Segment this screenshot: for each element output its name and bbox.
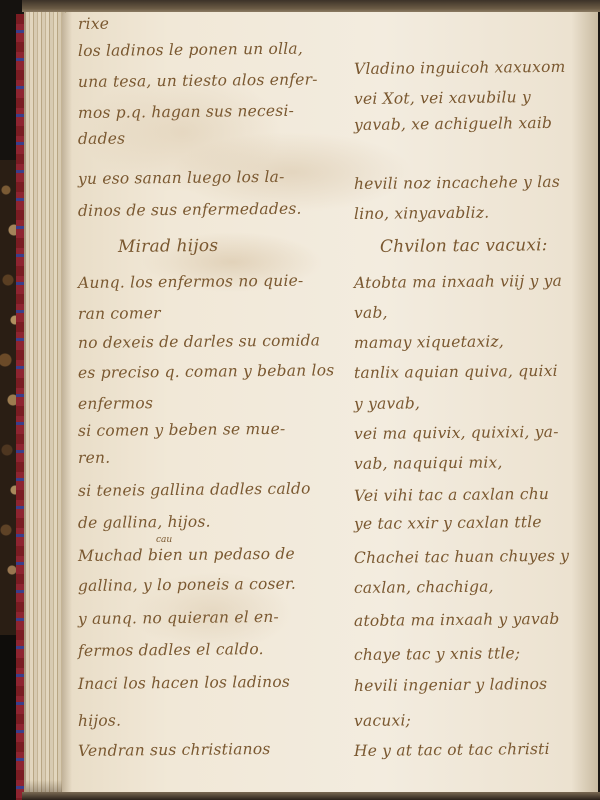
left-line-2: los ladinos le ponen un olla, <box>78 40 303 60</box>
right-line-21: hevili ingeniar y ladinos <box>354 675 547 695</box>
left-heading-mirad-hijos: Mirad hijos <box>118 236 218 257</box>
bottom-binding-edge <box>22 792 600 800</box>
right-line-19: atobta ma inxaah y yavab <box>354 610 560 630</box>
headband <box>16 14 24 800</box>
right-line-9: vab, <box>354 304 388 322</box>
right-line-5: hevili noz incachehe y las <box>354 173 560 193</box>
left-line-21: fermos dadles el caldo. <box>78 640 264 660</box>
left-line-18: Muchad bien un pedaso de <box>78 545 295 565</box>
right-line-3: yavab, xe achiguelh xaib <box>354 114 552 134</box>
left-line-12: es preciso q. coman y beban los <box>78 361 335 382</box>
right-line-13: vei ma quivix, quixixi, ya- <box>354 423 559 443</box>
left-line-7: dinos de sus enfermedades. <box>78 200 302 220</box>
right-line-10: mamay xiquetaxiz, <box>354 332 504 352</box>
left-line-19: gallina, y lo poneis a coser. <box>78 575 296 595</box>
left-line-15: ren. <box>78 449 110 467</box>
manuscript-page: rixe los ladinos le ponen un olla, una t… <box>62 12 598 792</box>
left-superscript-insertion: cau <box>156 535 172 545</box>
top-binding-edge <box>22 0 600 12</box>
left-line-13: enfermos <box>78 394 153 413</box>
left-line-17: de gallina, hijos. <box>78 513 211 532</box>
right-line-14: vab, naquiqui mix, <box>354 453 503 473</box>
right-line-23: He y at tac ot tac christi <box>354 740 550 760</box>
right-line-16: ye tac xxir y caxlan ttle <box>354 513 542 533</box>
right-line-2: vei Xot, vei xavubilu y <box>354 88 531 108</box>
left-line-3: una tesa, un tiesto alos enfer- <box>78 70 318 91</box>
left-line-16: si teneis gallina dadles caldo <box>78 480 311 500</box>
right-line-20: chaye tac y xnis ttle; <box>354 644 520 664</box>
right-line-17: Chachei tac huan chuyes y <box>354 547 569 567</box>
right-line-22: vacuxi; <box>354 711 411 730</box>
left-line-14: si comen y beben se mue- <box>78 420 286 440</box>
left-line-10: ran comer <box>78 304 161 323</box>
right-line-6: lino, xinyavabliz. <box>354 204 489 223</box>
left-line-11: no dexeis de darles su comida <box>78 331 320 352</box>
left-line-5: dades <box>78 130 125 148</box>
right-heading-chvilon-tac-vacuxi: Chvilon tac vacuxi: <box>380 235 548 257</box>
left-line-1: rixe <box>78 15 109 33</box>
right-line-8: Atobta ma inxaah viij y ya <box>354 272 562 292</box>
left-line-23: hijos. <box>78 712 121 730</box>
left-line-6: yu eso sanan luego los la- <box>78 168 285 188</box>
right-line-1: Vladino inguicoh xaxuxom <box>354 58 566 78</box>
left-line-22: Inaci los hacen los ladinos <box>78 673 290 693</box>
left-line-24: Vendran sus christianos <box>78 740 271 760</box>
left-line-4: mos p.q. hagan sus necesi- <box>78 102 294 122</box>
right-line-18: caxlan, chachiga, <box>354 578 494 597</box>
right-line-15: Vei vihi tac a caxlan chu <box>354 485 549 505</box>
left-line-9: Aunq. los enfermos no quie- <box>78 272 304 292</box>
left-line-20: y aunq. no quieran el en- <box>78 608 279 628</box>
right-line-11: tanlix aquian quiva, quixi <box>354 362 558 382</box>
right-line-12: y yavab, <box>354 394 420 413</box>
